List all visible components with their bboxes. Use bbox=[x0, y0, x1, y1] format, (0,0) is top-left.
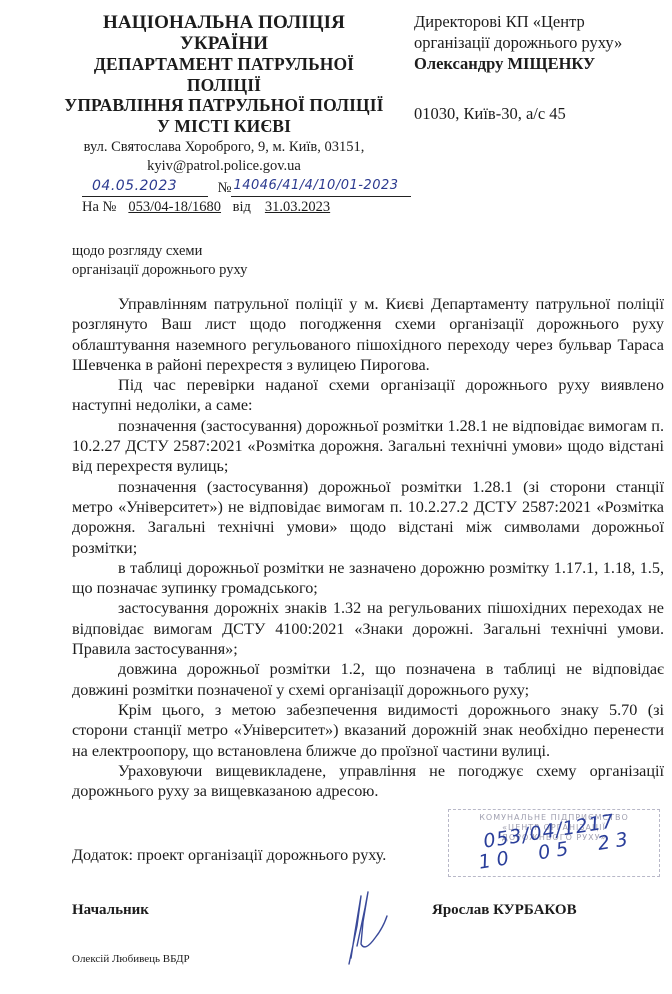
body-paragraph: Управлінням патрульної поліції у м. Києв… bbox=[72, 294, 664, 375]
reply-to-date: 31.03.2023 bbox=[251, 199, 342, 215]
body-paragraph: довжина дорожньої розмітки 1.2, що позна… bbox=[72, 659, 664, 700]
org-line-3: ДЕПАРТАМЕНТ ПАТРУЛЬНОЇ bbox=[64, 54, 384, 75]
reply-to-label: На № bbox=[82, 199, 116, 215]
org-line-4: ПОЛІЦІЇ bbox=[64, 75, 384, 96]
subject-line-2: організації дорожнього руху bbox=[72, 261, 247, 280]
org-line-2: УКРАЇНИ bbox=[64, 33, 384, 54]
recipient-line-2: організації дорожнього руху» bbox=[414, 32, 664, 53]
outgoing-number: 14046/41/4/10/01-2023 bbox=[233, 177, 398, 195]
signature-icon bbox=[335, 886, 395, 971]
outgoing-registration: 04.05.2023 № 14046/41/4/10/01-2023 bbox=[82, 179, 411, 197]
sender-email: kyiv@patrol.police.gov.ua bbox=[64, 157, 384, 176]
org-line-6: У МІСТІ КИЄВІ bbox=[64, 116, 384, 137]
body-paragraph: Під час перевірки наданої схеми організа… bbox=[72, 375, 664, 416]
body-paragraph: Ураховуючи вищевикладене, управління не … bbox=[72, 761, 664, 802]
org-line-1: НАЦІОНАЛЬНА ПОЛІЦІЯ bbox=[64, 12, 384, 33]
recipient-line-1: Директорові КП «Центр bbox=[414, 11, 664, 32]
executor-name: Олексій Любивець ВБДР bbox=[72, 953, 190, 965]
recipient-name: Олександру МІЩЕНКУ bbox=[414, 53, 664, 74]
body-paragraph: позначення (застосування) дорожньої розм… bbox=[72, 416, 664, 477]
body-paragraph: позначення (застосування) дорожньої розм… bbox=[72, 477, 664, 558]
body-paragraph: в таблиці дорожньої розмітки не зазначен… bbox=[72, 558, 664, 599]
org-line-5: УПРАВЛІННЯ ПАТРУЛЬНОЇ ПОЛІЦІЇ bbox=[64, 95, 384, 116]
outgoing-number-field: 14046/41/4/10/01-2023 bbox=[231, 180, 411, 197]
no-label: № bbox=[218, 180, 232, 196]
attachment-note: Додаток: проект організації дорожнього р… bbox=[72, 846, 386, 865]
body-paragraph: застосування дорожніх знаків 1.32 на рег… bbox=[72, 598, 664, 659]
subject-line-1: щодо розгляду схеми bbox=[72, 242, 247, 261]
from-label: від bbox=[233, 199, 251, 215]
sender-address: вул. Святослава Хороброго, 9, м. Київ, 0… bbox=[64, 138, 384, 157]
recipient-postal-address: 01030, Київ-30, а/с 45 bbox=[414, 103, 664, 124]
recipient-block: Директорові КП «Центр організації дорожн… bbox=[414, 11, 664, 124]
letter-subject: щодо розгляду схеми організації дорожньо… bbox=[72, 242, 247, 279]
outgoing-date-field: 04.05.2023 bbox=[82, 180, 208, 197]
signer-title: Начальник bbox=[72, 902, 149, 919]
reply-to-number: 053/04-18/1680 bbox=[116, 199, 225, 215]
sender-header: НАЦІОНАЛЬНА ПОЛІЦІЯ УКРАЇНИ ДЕПАРТАМЕНТ … bbox=[64, 12, 384, 175]
letter-body: Управлінням патрульної поліції у м. Києв… bbox=[72, 294, 664, 801]
reply-to-registration: На №053/04-18/1680 від31.03.2023 bbox=[82, 198, 342, 216]
outgoing-date: 04.05.2023 bbox=[92, 177, 177, 195]
body-paragraph: Крім цього, з метою забезпечення видимос… bbox=[72, 700, 664, 761]
signer-name: Ярослав КУРБАКОВ bbox=[432, 902, 577, 919]
